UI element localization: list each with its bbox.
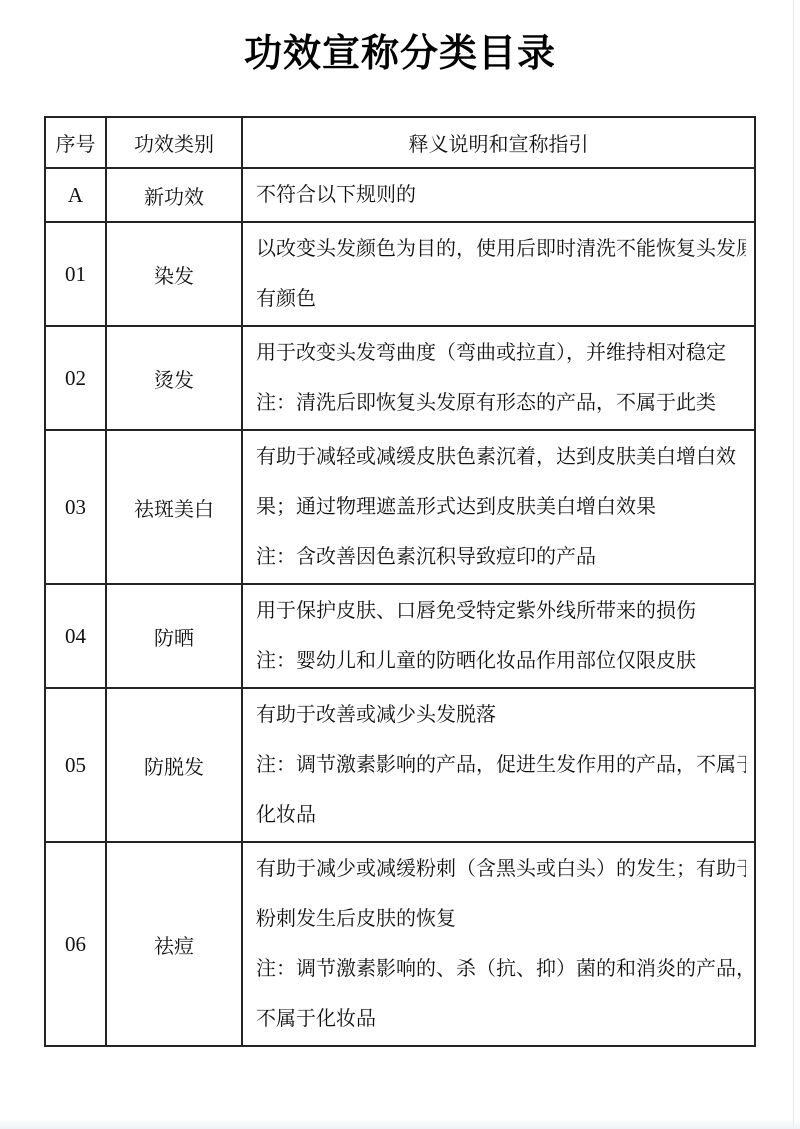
description-line: 注：清洗后即恢复头发原有形态的产品，不属于此类 (256, 378, 746, 428)
row-serial-number: A (45, 168, 106, 222)
description-line: 注：调节激素影响的、杀（抗、抑）菌的和消炎的产品， (256, 944, 746, 994)
row-description: 用于改变头发弯曲度（弯曲或拉直），并维持相对稳定注：清洗后即恢复头发原有形态的产… (242, 326, 755, 430)
description-line: 不符合以下规则的 (256, 170, 746, 220)
table-body: A新功效不符合以下规则的01染发以改变头发颜色为目的，使用后即时清洗不能恢复头发… (45, 168, 755, 1046)
row-serial-number: 01 (45, 222, 106, 326)
row-serial-number: 02 (45, 326, 106, 430)
row-serial-number: 06 (45, 842, 106, 1046)
description-line: 不属于化妆品 (256, 994, 746, 1044)
table-header-row: 序号 功效类别 释义说明和宣称指引 (45, 117, 755, 168)
row-description: 有助于减轻或减缓皮肤色素沉着，达到皮肤美白增白效果；通过物理遮盖形式达到皮肤美白… (242, 430, 755, 584)
row-description: 不符合以下规则的 (242, 168, 755, 222)
row-category: 防脱发 (106, 688, 242, 842)
page-bottom-shadow (0, 1119, 800, 1129)
description-line: 注：调节激素影响的产品，促进生发作用的产品，不属于 (256, 740, 746, 790)
row-category: 祛痘 (106, 842, 242, 1046)
description-line: 以改变头发颜色为目的，使用后即时清洗不能恢复头发原 (256, 224, 746, 274)
row-description: 有助于改善或减少头发脱落注：调节激素影响的产品，促进生发作用的产品，不属于化妆品 (242, 688, 755, 842)
table-row: 01染发以改变头发颜色为目的，使用后即时清洗不能恢复头发原有颜色 (45, 222, 755, 326)
efficacy-claims-table: 序号 功效类别 释义说明和宣称指引 A新功效不符合以下规则的01染发以改变头发颜… (44, 116, 756, 1047)
description-line: 注：婴幼儿和儿童的防晒化妆品作用部位仅限皮肤 (256, 636, 746, 686)
description-line: 用于保护皮肤、口唇免受特定紫外线所带来的损伤 (256, 586, 746, 636)
description-line: 化妆品 (256, 790, 746, 840)
column-header-serial: 序号 (45, 117, 106, 168)
row-category: 染发 (106, 222, 242, 326)
description-line: 用于改变头发弯曲度（弯曲或拉直），并维持相对稳定 (256, 328, 746, 378)
description-line: 有助于改善或减少头发脱落 (256, 690, 746, 740)
row-category: 防晒 (106, 584, 242, 688)
page-edge-line (793, 0, 794, 1129)
row-description: 以改变头发颜色为目的，使用后即时清洗不能恢复头发原有颜色 (242, 222, 755, 326)
row-category: 烫发 (106, 326, 242, 430)
description-line: 果；通过物理遮盖形式达到皮肤美白增白效果 (256, 482, 746, 532)
row-serial-number: 05 (45, 688, 106, 842)
document-page: 功效宣称分类目录 序号 功效类别 释义说明和宣称指引 A新功效不符合以下规则的0… (0, 0, 800, 1129)
page-title: 功效宣称分类目录 (0, 0, 800, 80)
description-line: 有助于减少或减缓粉刺（含黑头或白头）的发生；有助于 (256, 844, 746, 894)
table-row: 04防晒用于保护皮肤、口唇免受特定紫外线所带来的损伤注：婴幼儿和儿童的防晒化妆品… (45, 584, 755, 688)
row-description: 有助于减少或减缓粉刺（含黑头或白头）的发生；有助于粉刺发生后皮肤的恢复注：调节激… (242, 842, 755, 1046)
row-category: 祛斑美白 (106, 430, 242, 584)
column-header-guideline: 释义说明和宣称指引 (242, 117, 755, 168)
description-line: 有助于减轻或减缓皮肤色素沉着，达到皮肤美白增白效 (256, 432, 746, 482)
row-serial-number: 03 (45, 430, 106, 584)
table-row: A新功效不符合以下规则的 (45, 168, 755, 222)
row-serial-number: 04 (45, 584, 106, 688)
row-category: 新功效 (106, 168, 242, 222)
description-line: 有颜色 (256, 274, 746, 324)
description-line: 粉刺发生后皮肤的恢复 (256, 894, 746, 944)
table-row: 03祛斑美白有助于减轻或减缓皮肤色素沉着，达到皮肤美白增白效果；通过物理遮盖形式… (45, 430, 755, 584)
description-line: 注：含改善因色素沉积导致痘印的产品 (256, 532, 746, 582)
table-row: 06祛痘有助于减少或减缓粉刺（含黑头或白头）的发生；有助于粉刺发生后皮肤的恢复注… (45, 842, 755, 1046)
table-row: 05防脱发有助于改善或减少头发脱落注：调节激素影响的产品，促进生发作用的产品，不… (45, 688, 755, 842)
column-header-category: 功效类别 (106, 117, 242, 168)
table-row: 02烫发用于改变头发弯曲度（弯曲或拉直），并维持相对稳定注：清洗后即恢复头发原有… (45, 326, 755, 430)
row-description: 用于保护皮肤、口唇免受特定紫外线所带来的损伤注：婴幼儿和儿童的防晒化妆品作用部位… (242, 584, 755, 688)
